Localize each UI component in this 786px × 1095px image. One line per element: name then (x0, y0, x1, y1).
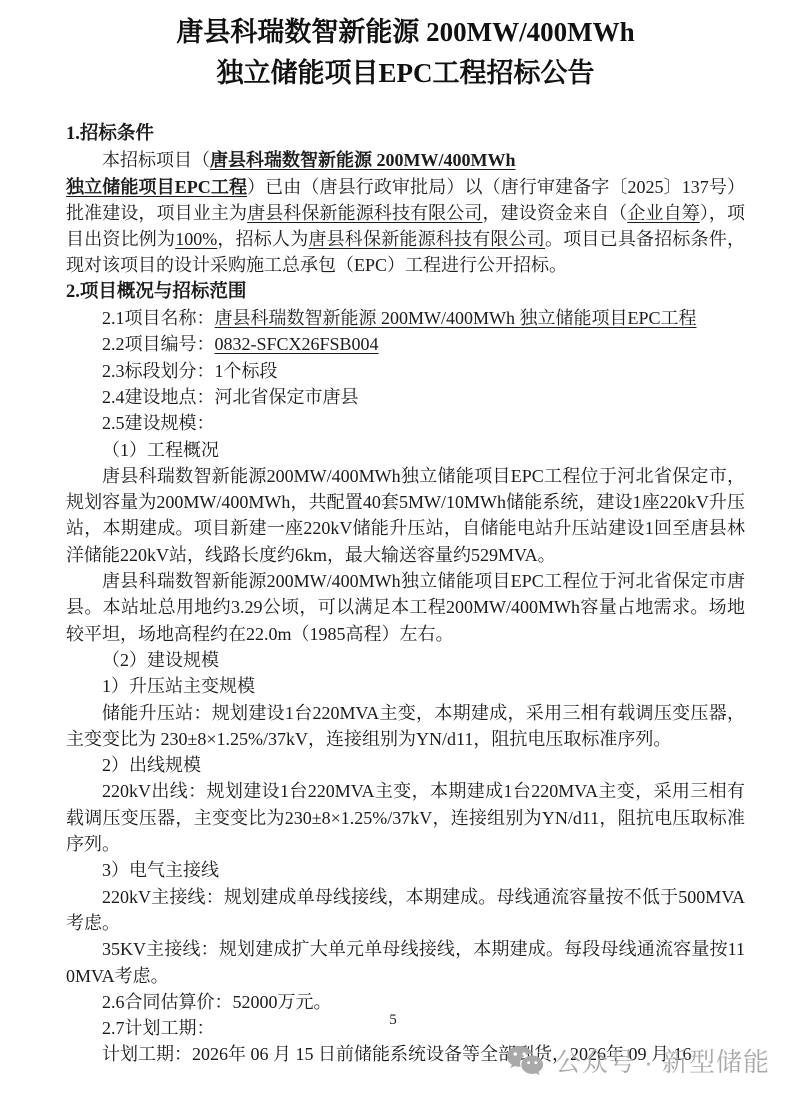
text-segment: ，建设资金来自（ (483, 203, 628, 223)
paragraph: 220kV出线：规划建设1台220MVA主变，本期建成1台220MVA主变，采用… (66, 778, 745, 857)
text-segment: 220kV出线：规划建设1台220MVA主变，本期建成1台220MVA主变，采用… (66, 781, 745, 854)
text-segment: 唐县科瑞数智新能源200MW/400MWh独立储能项目EPC工程位于河北省保定市… (66, 466, 745, 565)
wechat-icon (506, 1045, 544, 1076)
text-segment: 唐县科瑞数智新能源 200MW/400MWh (210, 150, 516, 170)
paragraph: 2.2项目编号：0832-SFCX26FSB004 (66, 331, 745, 357)
paragraph: 2.5建设规模： (66, 410, 745, 436)
text-segment: 独立储能项目EPC工程 (66, 177, 247, 197)
paragraph: 220kV主接线：规划建成单母线接线，本期建成。母线通流容量按不低于500MVA… (66, 884, 745, 937)
text-segment: 220kV主接线：规划建成单母线接线，本期建成。母线通流容量按不低于500MVA… (66, 887, 745, 933)
watermark-text: 公众号 · 新型储能 (555, 1042, 770, 1079)
text-segment: 企业自筹 (627, 203, 699, 223)
text-segment: 2）出线规模 (102, 755, 201, 775)
text-segment: 35KV主接线：规划建成扩大单元单母线接线，本期建成。每段母线通流容量按110M… (66, 939, 745, 985)
text-segment: 2.2项目编号： (102, 334, 215, 354)
paragraph: 唐县科瑞数智新能源200MW/400MWh独立储能项目EPC工程位于河北省保定市… (66, 568, 745, 647)
paragraph: 1）升压站主变规模 (66, 673, 745, 699)
text-segment: 2.项目概况与招标范围 (66, 282, 246, 302)
document-page: { "document": { "title": { "line1": "唐县科… (0, 0, 786, 1095)
text-segment: 唐县科保新能源科技有限公司 (308, 229, 545, 249)
watermark: 公众号 · 新型储能 (506, 1042, 770, 1079)
text-segment: （2）建设规模 (102, 650, 219, 670)
page-number: 5 (0, 1012, 786, 1029)
text-segment: 1.招标条件 (66, 124, 154, 144)
paragraph: 储能升压站：规划建设1台220MVA主变，本期建成，采用三相有载调压变压器，主变… (66, 700, 745, 753)
text-segment: 3）电气主接线 (102, 860, 219, 880)
paragraph: 2）出线规模 (66, 752, 745, 778)
text-segment: 2.4建设地点：河北省保定市唐县 (102, 387, 359, 407)
text-segment: 0832-SFCX26FSB004 (215, 334, 379, 354)
paragraph: （1）工程概况 (66, 437, 745, 463)
text-segment: 唐县科瑞数智新能源200MW/400MWh独立储能项目EPC工程位于河北省保定市… (66, 571, 745, 644)
text-segment: 储能升压站：规划建设1台220MVA主变，本期建成，采用三相有载调压变压器，主变… (66, 703, 745, 749)
paragraph: 唐县科瑞数智新能源200MW/400MWh独立储能项目EPC工程位于河北省保定市… (66, 463, 745, 568)
section-heading: 1.招标条件 (66, 121, 745, 147)
paragraph: 本招标项目（唐县科瑞数智新能源 200MW/400MWh独立储能项目EPC工程）… (66, 147, 745, 278)
text-segment: 2.6合同估算价：52000万元。 (102, 992, 332, 1012)
paragraph: 2.4建设地点：河北省保定市唐县 (66, 384, 745, 410)
document-body: 1.招标条件本招标项目（唐县科瑞数智新能源 200MW/400MWh独立储能项目… (66, 121, 745, 1068)
document-content-area: 唐县科瑞数智新能源 200MW/400MWh 独立储能项目EPC工程招标公告 1… (0, 0, 786, 1068)
text-segment: 100% (175, 229, 217, 249)
text-segment: 2.5建设规模： (102, 413, 215, 433)
title-line-1: 唐县科瑞数智新能源 200MW/400MWh (66, 12, 745, 53)
text-segment: 2.1项目名称： (102, 308, 215, 328)
paragraph: 2.3标段划分：1个标段 (66, 358, 745, 384)
text-segment: 唐县科瑞数智新能源 200MW/400MWh 独立储能项目EPC工程 (215, 308, 697, 328)
paragraph: 3）电气主接线 (66, 857, 745, 883)
document-title: 唐县科瑞数智新能源 200MW/400MWh 独立储能项目EPC工程招标公告 (66, 12, 745, 94)
text-segment: 本招标项目（ (102, 150, 210, 170)
paragraph: 35KV主接线：规划建成扩大单元单母线接线，本期建成。每段母线通流容量按110M… (66, 936, 745, 989)
text-segment: 1）升压站主变规模 (102, 676, 255, 696)
paragraph: 2.1项目名称：唐县科瑞数智新能源 200MW/400MWh 独立储能项目EPC… (66, 305, 745, 331)
text-segment: ，招标人为 (217, 229, 308, 249)
paragraph: （2）建设规模 (66, 647, 745, 673)
text-segment: （1）工程概况 (102, 440, 219, 460)
text-segment: 唐县科保新能源科技有限公司 (247, 203, 482, 223)
title-line-2: 独立储能项目EPC工程招标公告 (66, 53, 745, 94)
section-heading: 2.项目概况与招标范围 (66, 279, 745, 305)
text-segment: 2.3标段划分：1个标段 (102, 361, 278, 381)
